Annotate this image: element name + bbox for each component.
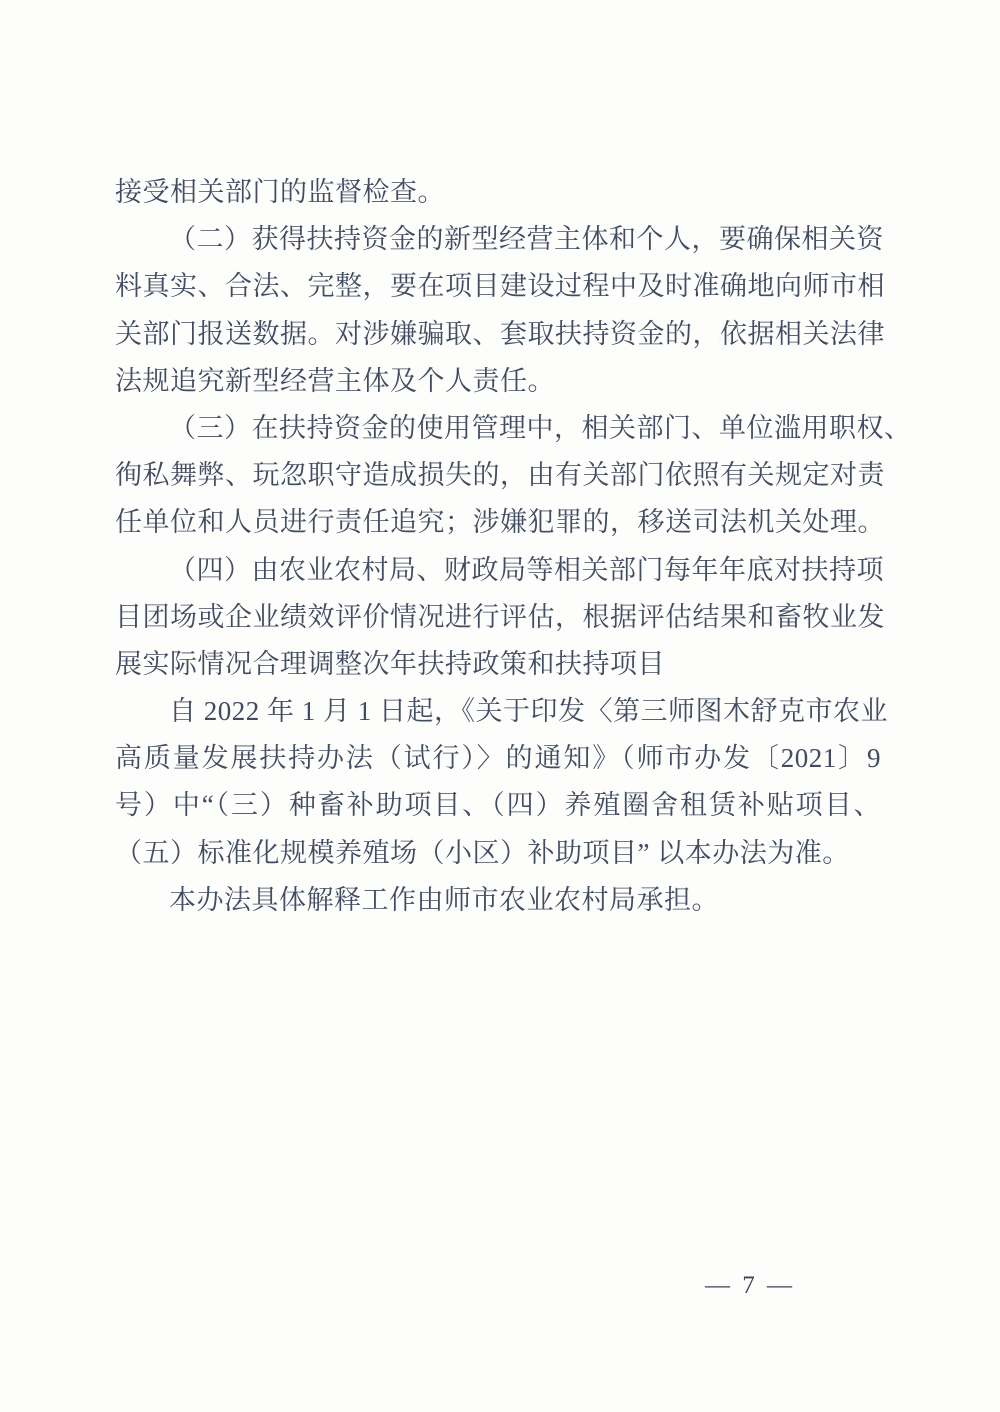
text-line: 本办法具体解释工作由师市农业农村局承担。 (115, 877, 881, 924)
text-line: 法规追究新型经营主体及个人责任。 (115, 358, 881, 405)
text-line: 接受相关部门的监督检查。 (115, 169, 881, 216)
page-number: — 7 — (650, 1272, 850, 1300)
text-line: 展实际情况合理调整次年扶持政策和扶持项目 (115, 641, 881, 688)
text-line: 关部门报送数据。对涉嫌骗取、套取扶持资金的，依据相关法律 (115, 311, 881, 358)
text-line: 料真实、合法、完整，要在项目建设过程中及时准确地向师市相 (115, 263, 881, 310)
text-line: （五）标准化规模养殖场（小区）补助项目” 以本办法为准。 (115, 830, 881, 877)
document-body: 接受相关部门的监督检查。（二）获得扶持资金的新型经营主体和个人，要确保相关资料真… (115, 169, 881, 924)
scanned-document-page: 接受相关部门的监督检查。（二）获得扶持资金的新型经营主体和个人，要确保相关资料真… (0, 0, 1000, 1412)
text-line: 高质量发展扶持办法（试行）〉的通知》（师市办发〔2021〕9 (115, 735, 881, 782)
text-line: 徇私舞弊、玩忽职守造成损失的，由有关部门依照有关规定对责 (115, 452, 881, 499)
text-line: 自 2022 年 1 月 1 日起，《关于印发〈第三师图木舒克市农业 (115, 688, 881, 735)
text-line: 目团场或企业绩效评价情况进行评估，根据评估结果和畜牧业发 (115, 594, 881, 641)
text-line: 号）中“（三）种畜补助项目、（四）养殖圈舍租赁补贴项目、 (115, 782, 881, 829)
text-line: （四）由农业农村局、财政局等相关部门每年年底对扶持项 (115, 547, 881, 594)
text-line: （二）获得扶持资金的新型经营主体和个人，要确保相关资 (115, 216, 881, 263)
text-line: 任单位和人员进行责任追究；涉嫌犯罪的，移送司法机关处理。 (115, 499, 881, 546)
text-line: （三）在扶持资金的使用管理中，相关部门、单位滥用职权、 (115, 405, 881, 452)
